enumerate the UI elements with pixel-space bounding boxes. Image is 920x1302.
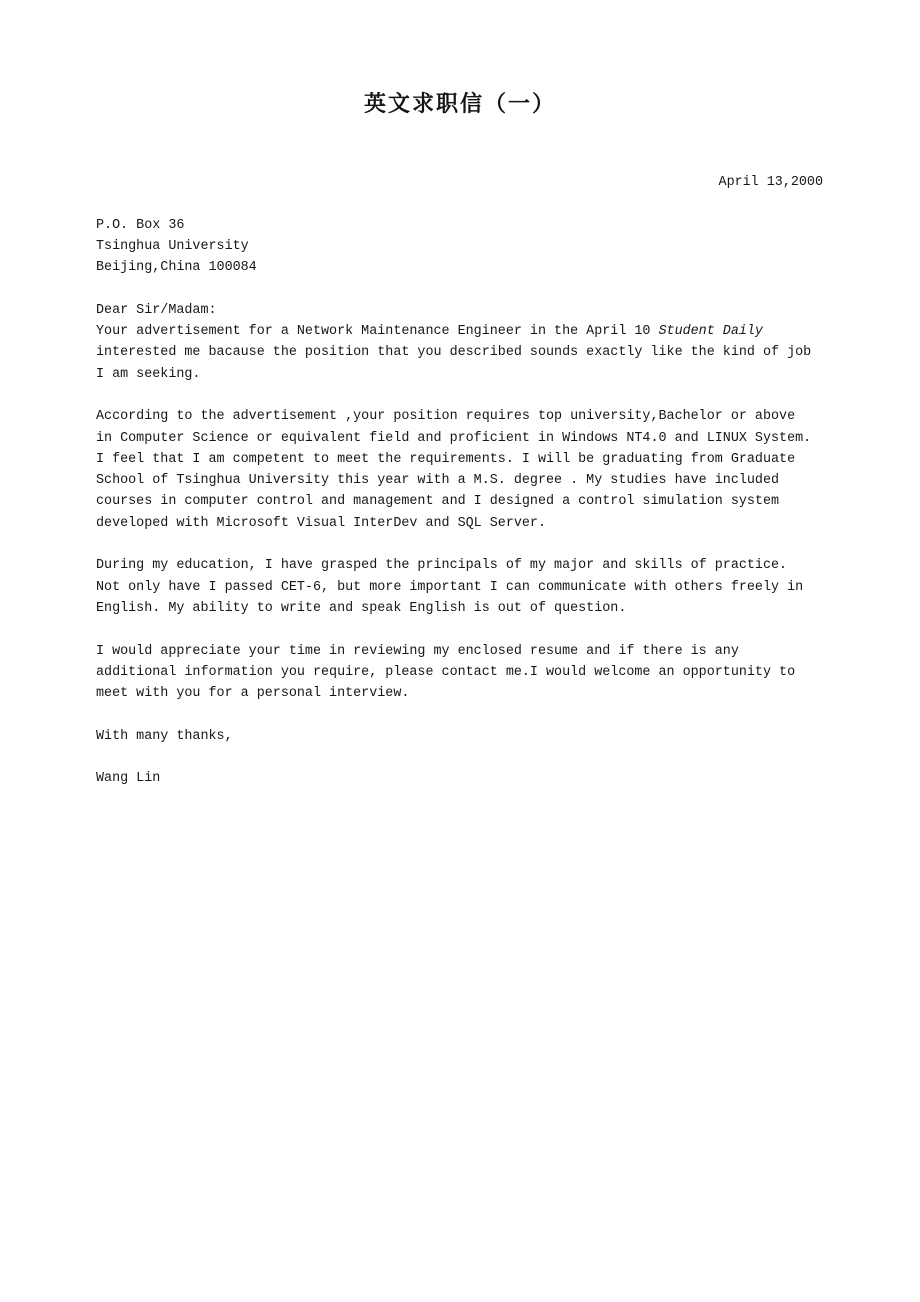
- letter-line: I am seeking.: [96, 364, 823, 385]
- sender-address-line: Tsinghua University: [96, 236, 823, 257]
- letter-text: Your advertisement for a Network Mainten…: [96, 324, 659, 339]
- letter-line: Not only have I passed CET-6, but more i…: [96, 577, 823, 598]
- sender-address-line: Beijing,China 100084: [96, 257, 823, 278]
- letter-line: According to the advertisement ,your pos…: [96, 406, 823, 427]
- publication-name: Student Daily: [659, 324, 763, 339]
- letter-line: meet with you for a personal interview.: [96, 683, 823, 704]
- signature: Wang Lin: [96, 768, 823, 789]
- letter-line: I feel that I am competent to meet the r…: [96, 449, 823, 470]
- letter-line: additional information you require, plea…: [96, 662, 823, 683]
- closing: With many thanks,: [96, 726, 823, 747]
- letter-line: Your advertisement for a Network Mainten…: [96, 321, 823, 342]
- letter-line: I would appreciate your time in reviewin…: [96, 641, 823, 662]
- blank-line: [96, 747, 823, 768]
- blank-line: [96, 534, 823, 555]
- letter-line: developed with Microsoft Visual InterDev…: [96, 513, 823, 534]
- document-page: 英文求职信（一） April 13,2000 P.O. Box 36 Tsing…: [0, 0, 920, 1302]
- sender-address-line: P.O. Box 36: [96, 215, 823, 236]
- salutation: Dear Sir/Madam:: [96, 300, 823, 321]
- letter-line: School of Tsinghua University this year …: [96, 470, 823, 491]
- letter-line: in Computer Science or equivalent field …: [96, 428, 823, 449]
- letter-body: April 13,2000 P.O. Box 36 Tsinghua Unive…: [0, 172, 920, 790]
- letter-line: During my education, I have grasped the …: [96, 555, 823, 576]
- blank-line: [96, 193, 823, 214]
- page-title: 英文求职信（一）: [0, 0, 920, 118]
- letter-line: interested me bacause the position that …: [96, 342, 823, 363]
- letter-line: English. My ability to write and speak E…: [96, 598, 823, 619]
- blank-line: [96, 385, 823, 406]
- blank-line: [96, 619, 823, 640]
- letter-date: April 13,2000: [96, 172, 823, 193]
- blank-line: [96, 704, 823, 725]
- letter-line: courses in computer control and manageme…: [96, 491, 823, 512]
- blank-line: [96, 278, 823, 299]
